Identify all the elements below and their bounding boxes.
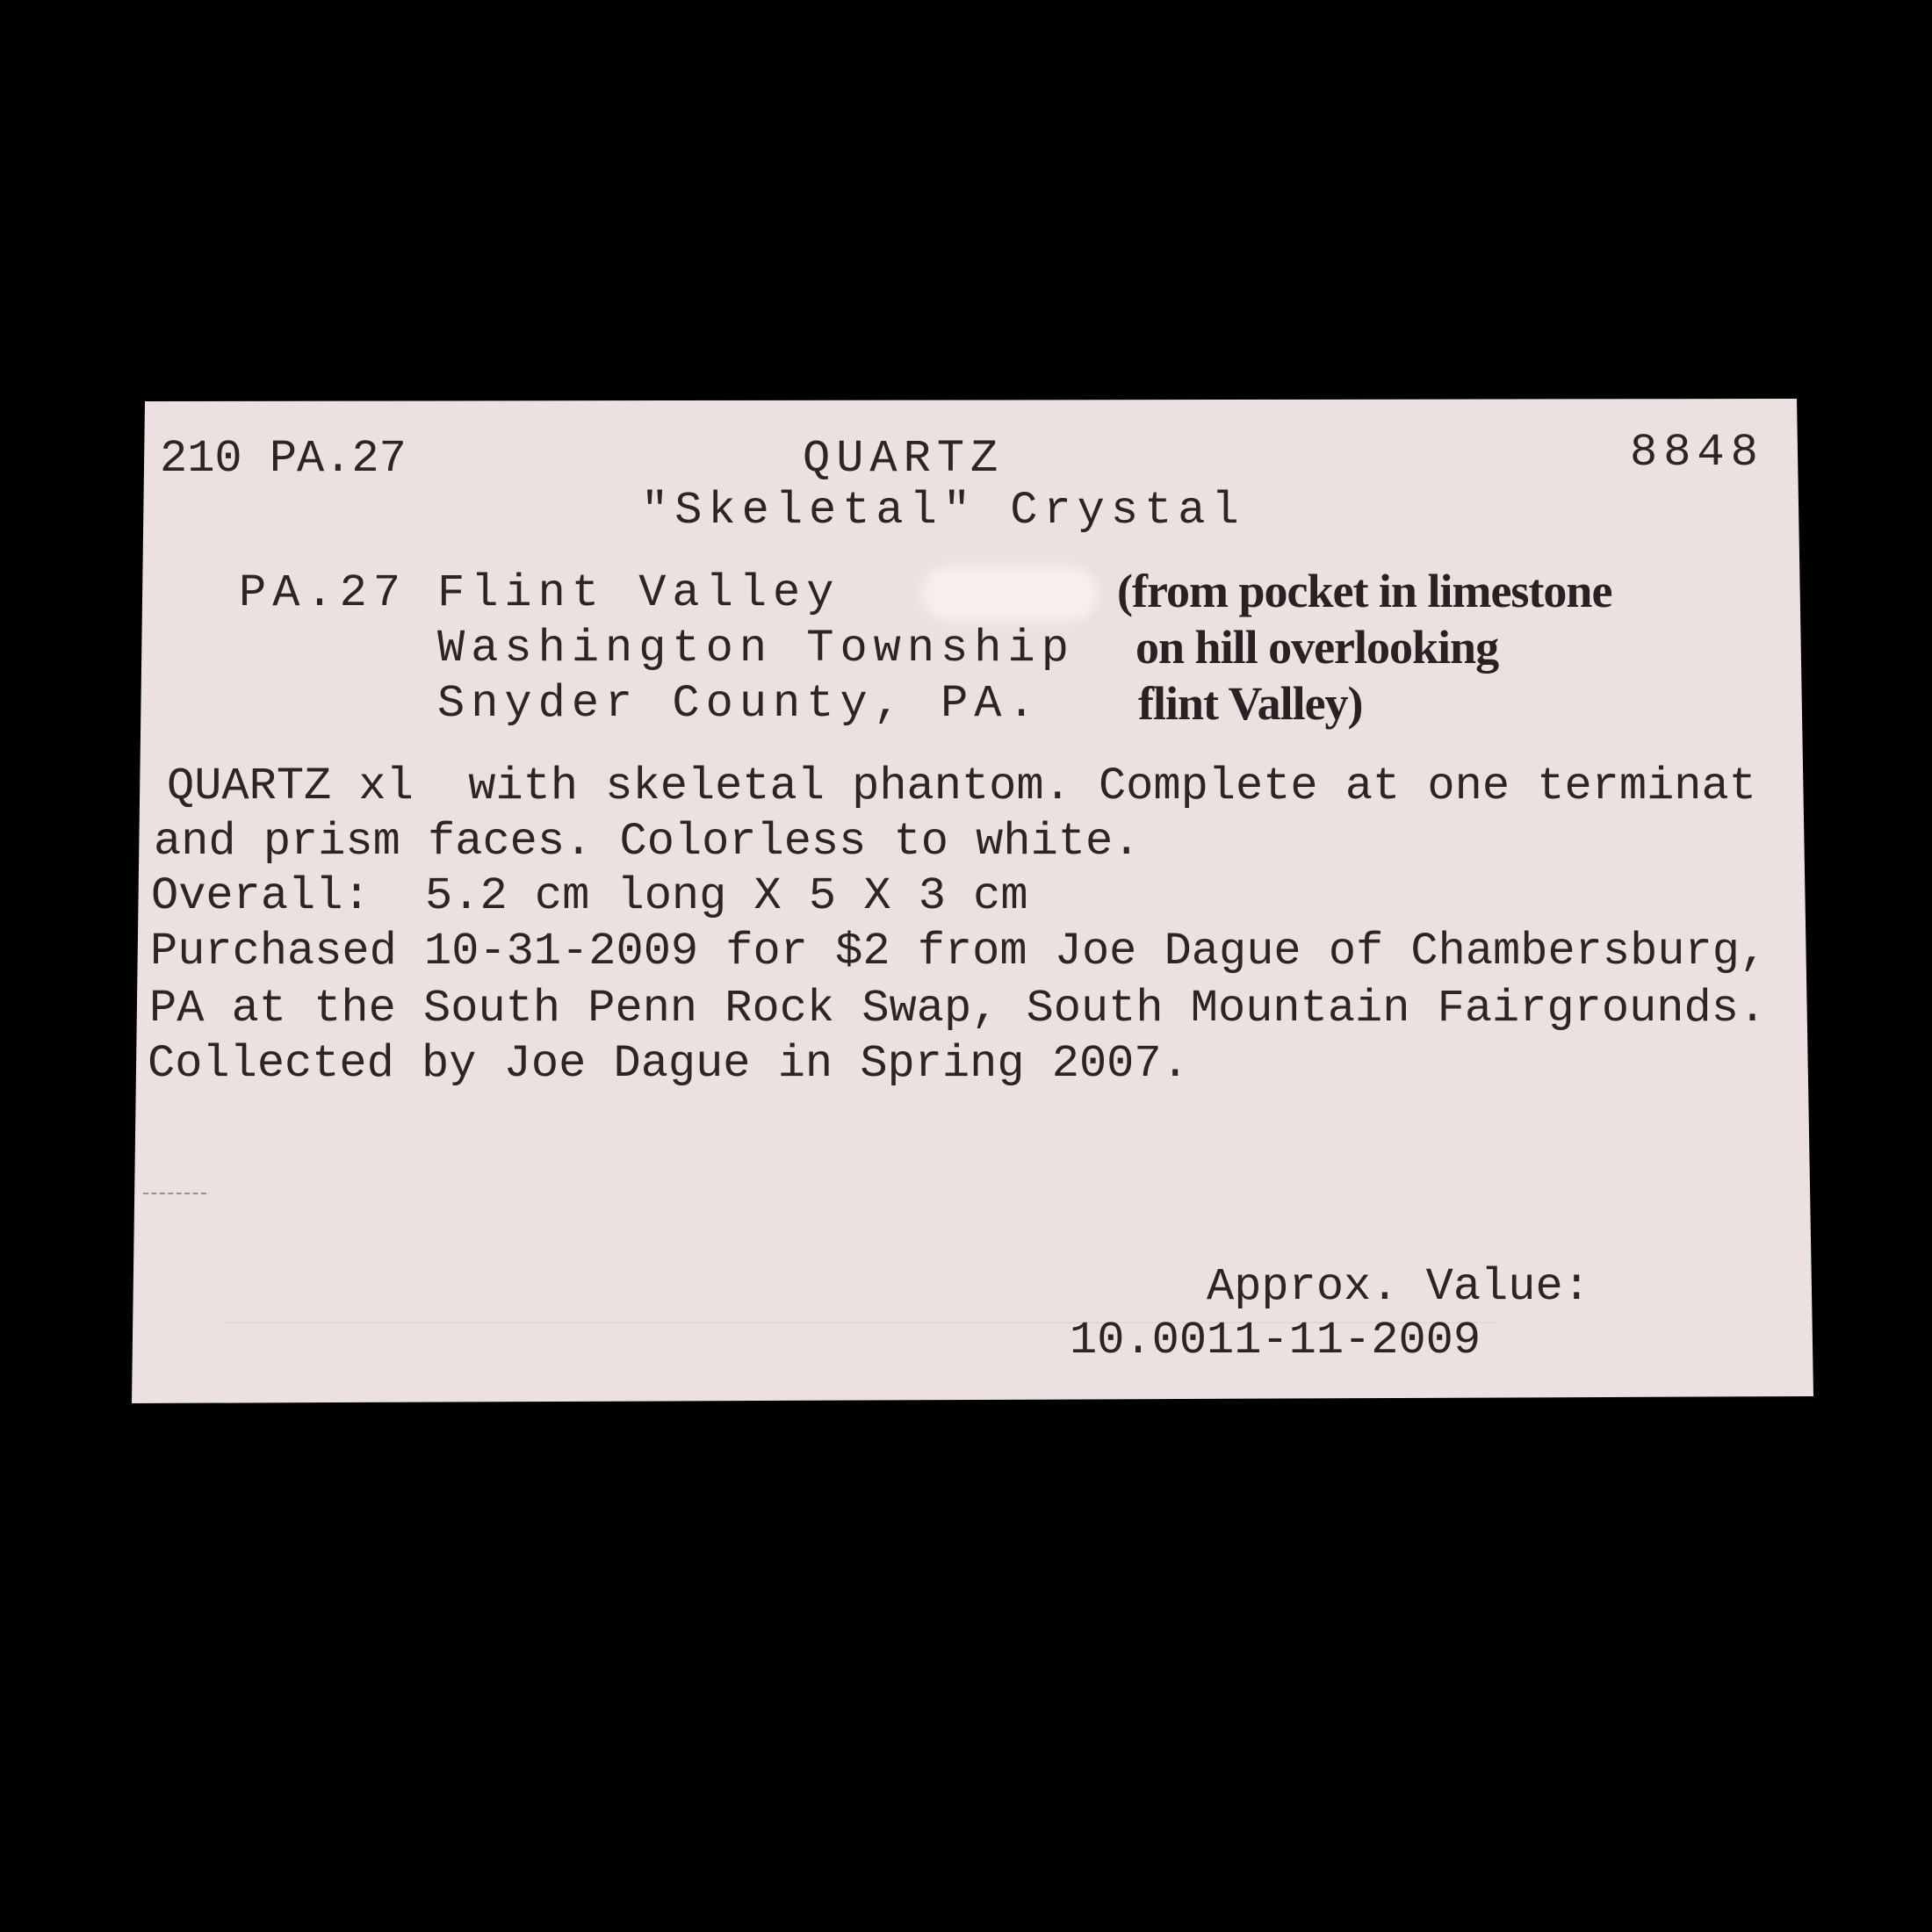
description-line: QUARTZ xl with skeletal phantom. Complet…: [167, 764, 1756, 810]
locality-line: Washington Township: [437, 626, 1075, 672]
description-line: PA at the South Penn Rock Swap, South Mo…: [149, 986, 1766, 1032]
catalog-ref: 210 PA.27: [160, 436, 407, 482]
correction-smudge: [922, 566, 1098, 621]
locality-note: (from pocket in limestone: [1117, 567, 1611, 615]
description-line: Collected by Joe Dague in Spring 2007.: [148, 1042, 1189, 1087]
locality-code: PA.27: [239, 571, 407, 616]
dashed-mark: [143, 1193, 206, 1194]
locality-note: flint Valley): [1138, 680, 1363, 727]
specimen-number: 8848: [1630, 430, 1764, 476]
locality-line: Flint Valley: [437, 571, 840, 616]
locality-line: Snyder County, PA.: [437, 681, 1042, 727]
description-line: Purchased 10-31-2009 for $2 from Joe Dag…: [150, 929, 1767, 975]
description-line: Overall: 5.2 cm long X 5 X 3 cm: [151, 874, 1028, 919]
mineral-name: QUARTZ: [803, 436, 1004, 482]
value-label: Approx. Value:: [1207, 1265, 1590, 1310]
description-line: and prism faces. Colorless to white.: [154, 819, 1140, 865]
specimen-subtitle: "Skeletal" Crystal: [641, 488, 1245, 534]
value-amount-date: 10.0011-11-2009: [1070, 1318, 1481, 1364]
locality-note: on hill overlooking: [1135, 624, 1498, 671]
